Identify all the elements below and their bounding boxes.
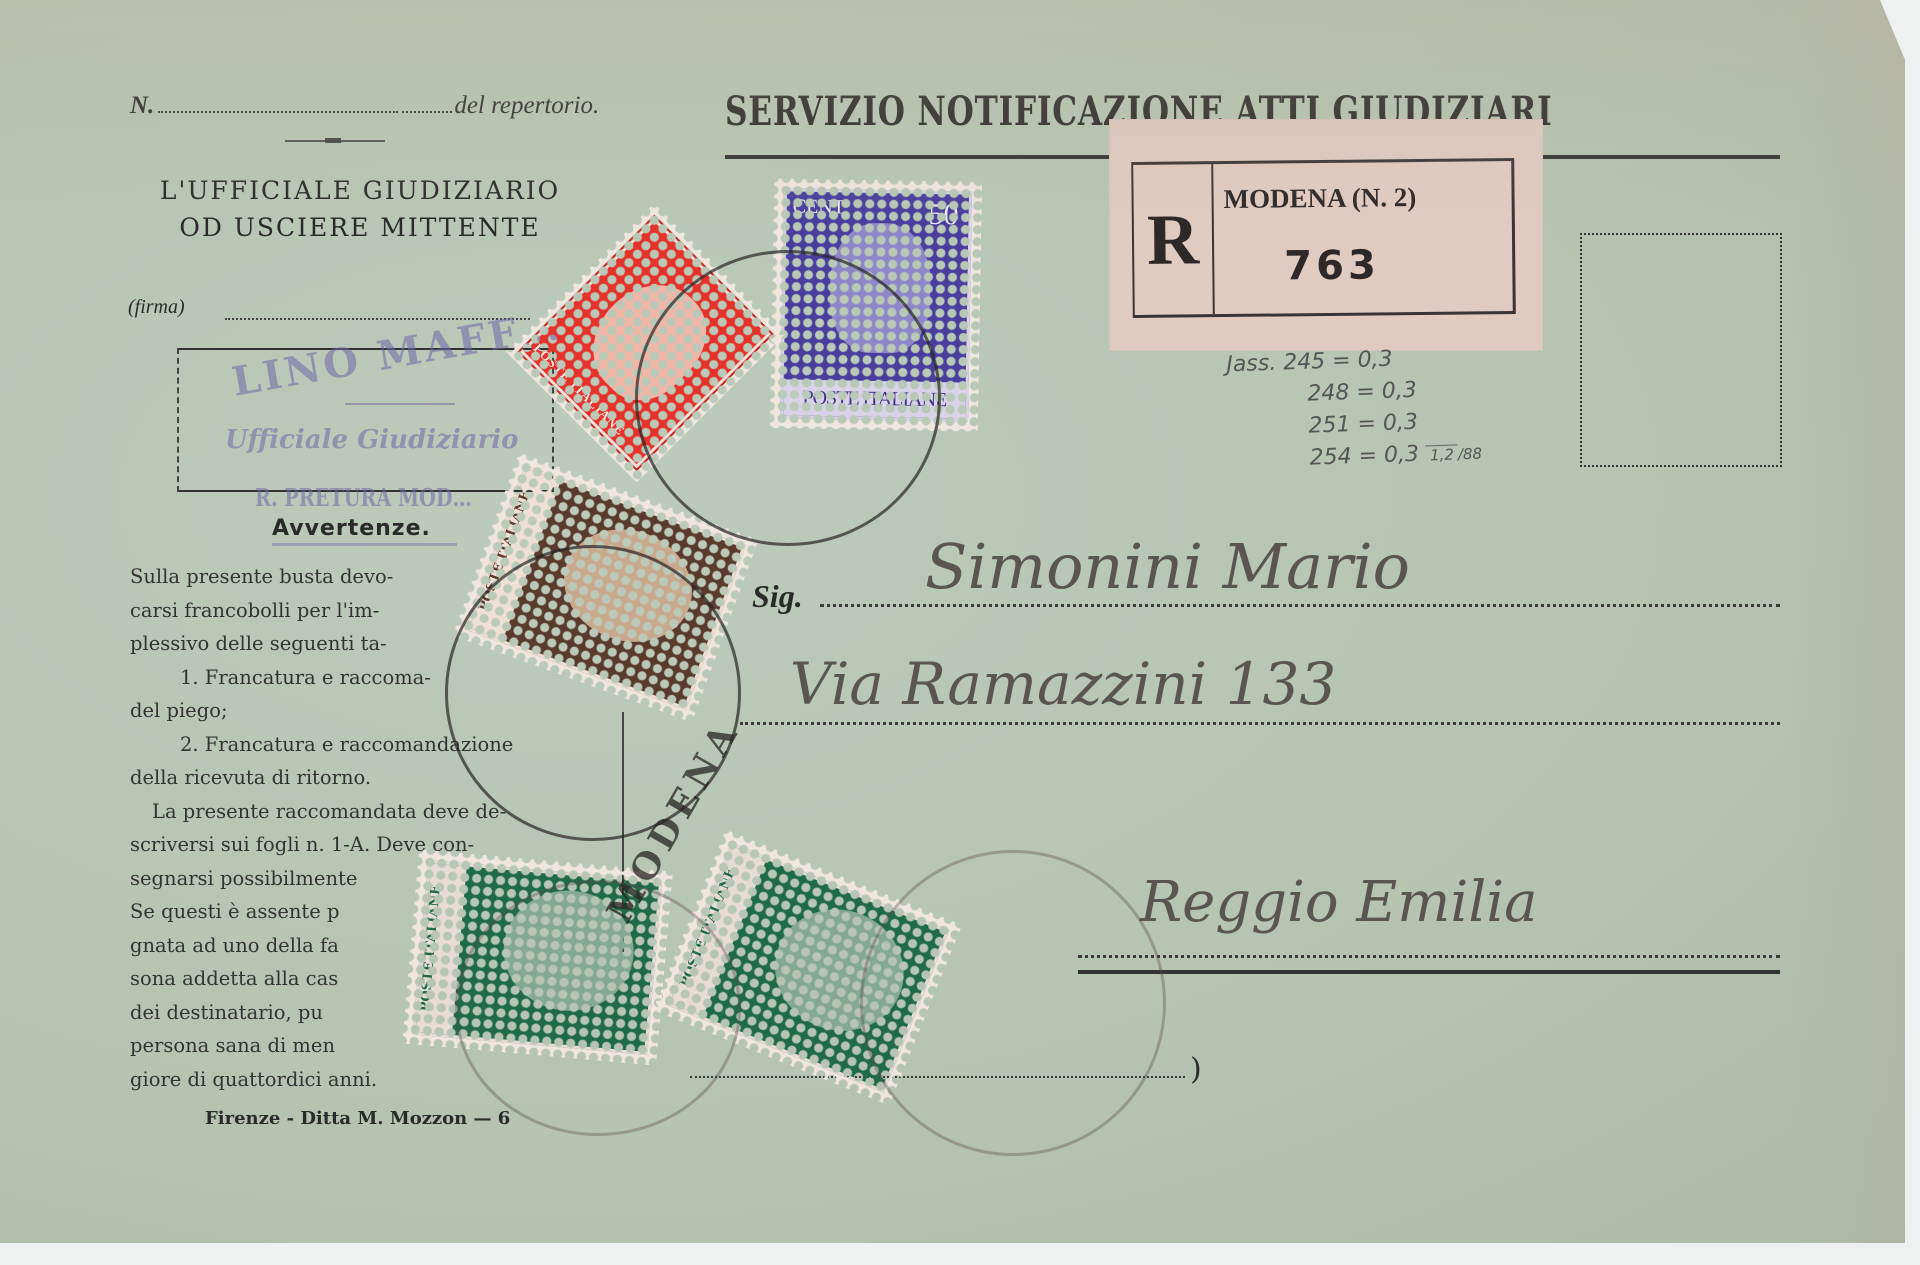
king-portrait-icon bbox=[757, 890, 922, 1050]
avvertenze-line: dei destinatario, pu bbox=[130, 996, 610, 1030]
registration-label-frame: R MODENA (N. 2) 763 bbox=[1131, 158, 1516, 318]
avvertenze-line: La presente raccomandata deve de- bbox=[130, 795, 610, 829]
avvertenze-line: gnata ad uno della fa bbox=[130, 929, 610, 963]
avvertenze-line: sona addetta alla cas bbox=[130, 962, 610, 996]
printer-imprint: Firenze - Ditta M. Mozzon — 6 bbox=[205, 1108, 510, 1129]
title-rule bbox=[725, 155, 1780, 159]
stamp-value: 50 bbox=[928, 198, 959, 233]
registration-letter: R bbox=[1133, 164, 1215, 315]
avvertenze-heading: Avvertenze. bbox=[272, 516, 431, 541]
stamp-face: POSTE ITALIANE bbox=[666, 842, 949, 1092]
sender-stamp-line3: R. PRETURA MOD… bbox=[255, 483, 472, 512]
avvertenze-line: plessivo delle seguenti ta- bbox=[130, 627, 610, 661]
king-portrait-icon bbox=[829, 222, 931, 354]
repertorio-field: N.del repertorio. bbox=[130, 92, 599, 120]
notes-total: 1,2 bbox=[1426, 444, 1459, 464]
augustus-portrait-icon bbox=[548, 512, 708, 660]
sender-stamp-line1: LINO MAFF… bbox=[228, 301, 565, 405]
stamp-text: POSTE ITALIANE bbox=[416, 863, 467, 1034]
postmark-circle bbox=[455, 880, 741, 1136]
document-title: SERVIZIO NOTIFICAZIONE ATTI GIUDIZIARI bbox=[725, 88, 1552, 135]
city-rule bbox=[1078, 970, 1780, 974]
stamp-text: POSTE ITALIANE bbox=[670, 846, 767, 1016]
recipient-street: Via Ramazzini 133 bbox=[790, 650, 1336, 718]
bottom-dotted-line bbox=[690, 1076, 1185, 1078]
registration-office: MODENA (N. 2) bbox=[1223, 182, 1416, 215]
registration-label: R MODENA (N. 2) 763 bbox=[1110, 120, 1542, 350]
notes-ref: 88 bbox=[1463, 445, 1483, 464]
augustus-portrait-icon bbox=[571, 263, 727, 419]
sender-stamp-rule bbox=[345, 403, 455, 405]
handwritten-notes: Jass. 245 = 0,3 248 = 0,3 251 = 0,3 254 … bbox=[1226, 341, 1483, 479]
stamp-placement-box bbox=[1580, 233, 1782, 467]
postage-stamp-cent10: POSTE ITALIANE bbox=[452, 452, 758, 722]
vertical-divider bbox=[622, 712, 624, 952]
number-dotted-line-2 bbox=[402, 95, 452, 113]
postage-stamp-cent25-b: POSTE ITALIANE bbox=[653, 829, 962, 1105]
note-line: 254 = 0,3 bbox=[1309, 442, 1419, 471]
sender-stamp-box bbox=[177, 348, 554, 492]
avvertenze-line: Se questi è assente p bbox=[130, 895, 610, 929]
city-dotted-line bbox=[1078, 955, 1780, 958]
street-line bbox=[740, 722, 1780, 725]
recipient-city: Reggio Emilia bbox=[1140, 870, 1538, 935]
avvertenze-line: persona sana di men bbox=[130, 1029, 610, 1063]
avvertenze-line: Sulla presente busta devo- bbox=[130, 560, 610, 594]
stamp-text: POSTE ITALIANE bbox=[469, 469, 561, 640]
avvertenze-line: segnarsi possibilmente bbox=[130, 862, 610, 896]
note-line: 245 = 0,3 bbox=[1283, 347, 1393, 376]
sender-title-line2: OD USCIERE MITTENTE bbox=[125, 213, 595, 242]
salutation-label: Sig. bbox=[752, 578, 803, 615]
stamp-text: POSTE ITALIANE bbox=[783, 379, 966, 418]
avvertenze-line: giore di quattordici anni. bbox=[130, 1063, 610, 1097]
number-dotted-line bbox=[158, 95, 398, 113]
bottom-parenthesis: ) bbox=[1190, 1052, 1202, 1087]
postage-stamp-lire1: POSTE ITALIANE bbox=[506, 203, 785, 482]
avvertenze-line: scriversi sui fogli n. 1-A. Deve con- bbox=[130, 828, 610, 862]
sender-title-line1: L'UFFICIALE GIUDIZIARIO bbox=[125, 176, 595, 205]
avvertenze-line: 1. Francatura e raccoma- bbox=[130, 661, 610, 695]
note-line: 248 = 0,3 bbox=[1227, 373, 1480, 414]
stamp-face: POSTE ITALIANE bbox=[465, 465, 746, 710]
king-portrait-icon bbox=[499, 885, 639, 1016]
avvertenze-underline bbox=[272, 543, 457, 546]
postmark-text: MODENA bbox=[598, 712, 748, 929]
avvertenze-line: della ricevuta di ritorno. bbox=[130, 761, 610, 795]
signature-label: (firma) bbox=[128, 296, 185, 319]
signature-dotted-line bbox=[225, 318, 530, 320]
avvertenze-text: Sulla presente busta devo-carsi francobo… bbox=[130, 560, 610, 1096]
envelope-paper: N.del repertorio. L'UFFICIALE GIUDIZIARI… bbox=[0, 0, 1905, 1243]
postmark-circle bbox=[445, 545, 741, 841]
postmark-circle bbox=[860, 850, 1166, 1156]
name-line bbox=[820, 604, 1780, 607]
avvertenze-line: del piego; bbox=[130, 694, 610, 728]
stamp-face: POSTE ITALIANE bbox=[413, 860, 662, 1055]
notes-prefix: Jass. bbox=[1226, 351, 1277, 378]
sender-stamp-line2: Ufficiale Giudiziario bbox=[225, 425, 519, 455]
number-label: N. bbox=[130, 92, 154, 119]
postage-stamp-cent25-a: POSTE ITALIANE bbox=[402, 849, 673, 1065]
avvertenze-line: carsi francobolli per l'im- bbox=[130, 594, 610, 628]
avvertenze-line: 2. Francatura e raccomandazione bbox=[130, 728, 610, 762]
registration-number: 763 bbox=[1284, 242, 1380, 289]
stamp-face: CENT. 50 POSTE ITALIANE bbox=[780, 188, 972, 421]
postmark-circle bbox=[635, 250, 941, 546]
note-line: 251 = 0,3 bbox=[1228, 405, 1481, 446]
ornament-divider bbox=[285, 140, 385, 144]
stamp-face: POSTE ITALIANE bbox=[520, 217, 771, 468]
stamp-text: POSTE ITALIANE bbox=[530, 341, 628, 439]
postage-stamp-cent50: CENT. 50 POSTE ITALIANE bbox=[770, 178, 982, 432]
recipient-name: Simonini Mario bbox=[925, 530, 1410, 603]
stamp-cent-label: CENT. bbox=[792, 196, 848, 220]
repertorio-label: del repertorio. bbox=[454, 92, 599, 119]
